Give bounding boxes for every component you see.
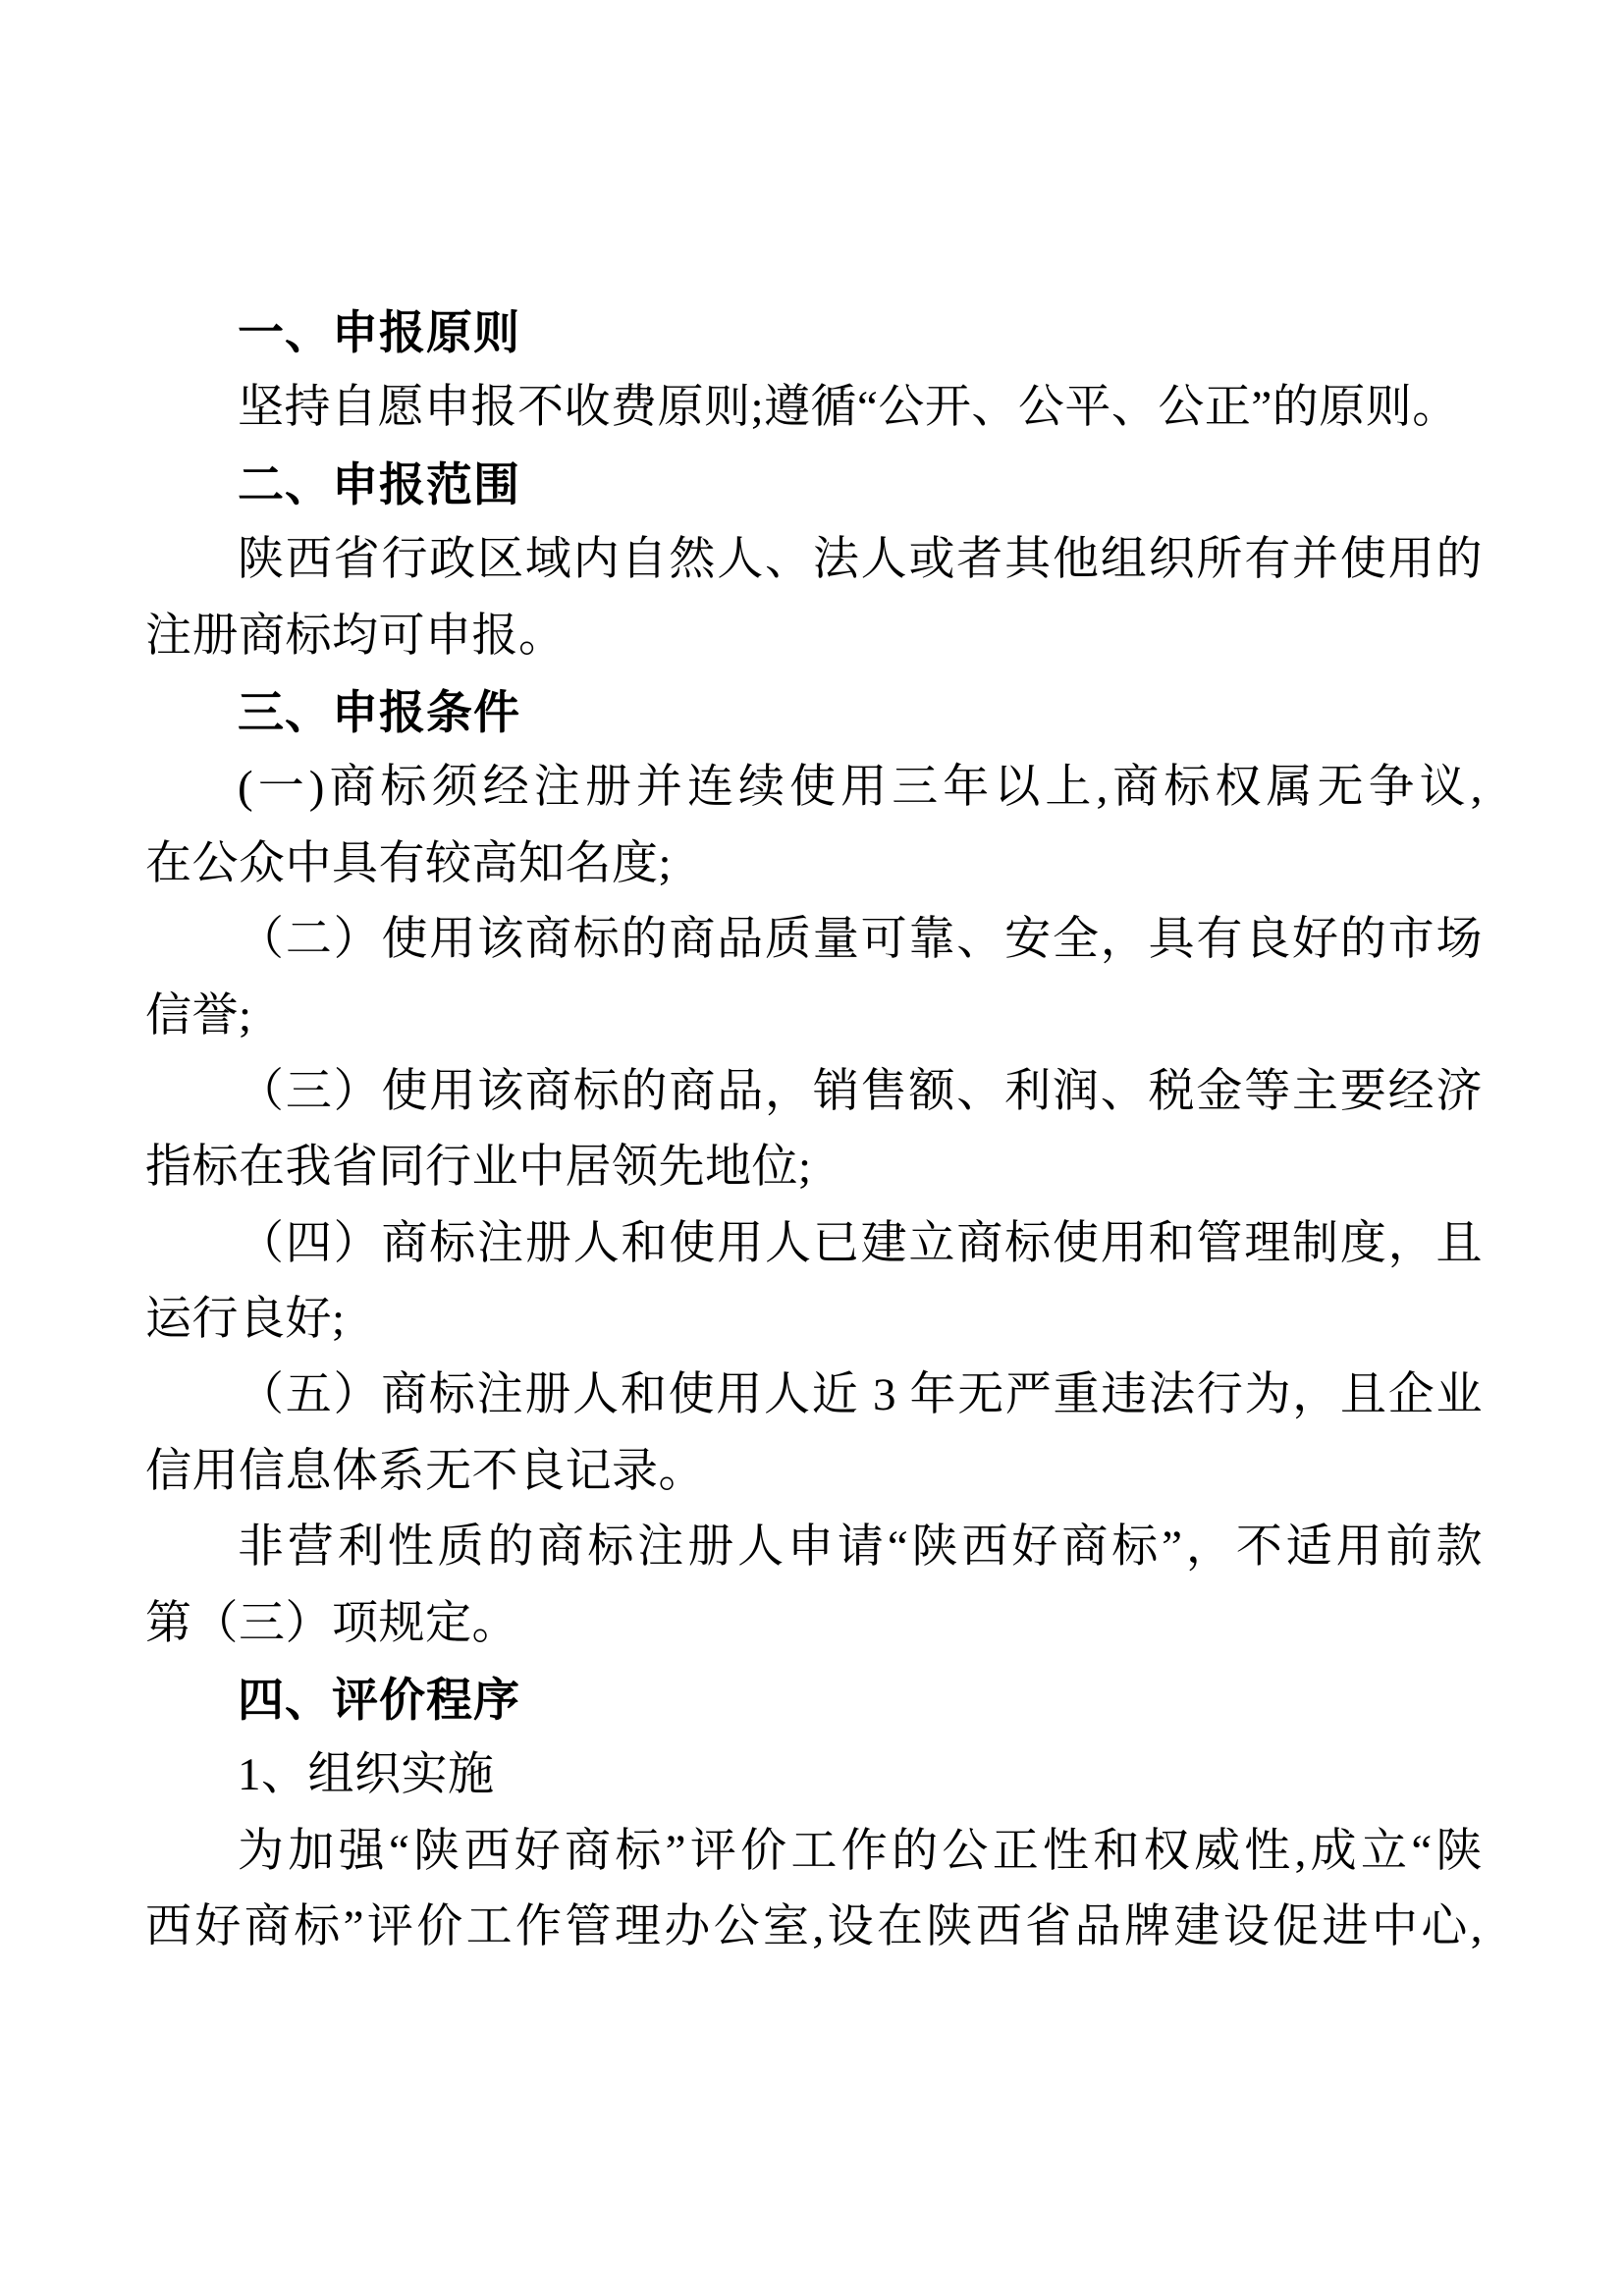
document-line: （五）商标注册人和使用人近 3 年无严重违法行为，且企业 [145,1358,1483,1433]
document-line: 为加强“陕西好商标”评价工作的公正性和权威性,成立“陕 [145,1814,1483,1890]
document-line: 指标在我省同行业中居领先地位; [145,1130,1483,1205]
document-content: 一、申报原则坚持自愿申报不收费原则;遵循“公开、公平、公正”的原则。二、申报范围… [145,294,1483,1966]
document-line: 三、申报条件 [145,674,1483,750]
document-line: 运行良好; [145,1282,1483,1358]
document-line: 四、评价程序 [145,1662,1483,1737]
document-line: (一)商标须经注册并连续使用三年以上,商标权属无争议, [145,750,1483,826]
document-line: 信用信息体系无不良记录。 [145,1434,1483,1510]
document-line: 在公众中具有较高知名度; [145,827,1483,902]
document-line: 信誉; [145,979,1483,1054]
document-page: 一、申报原则坚持自愿申报不收费原则;遵循“公开、公平、公正”的原则。二、申报范围… [0,0,1624,2296]
document-line: 二、申报范围 [145,447,1483,522]
document-line: 陕西省行政区域内自然人、法人或者其他组织所有并使用的 [145,522,1483,598]
document-line: 1、组织实施 [145,1737,1483,1813]
document-line: 第（三）项规定。 [145,1586,1483,1662]
document-line: （二）使用该商标的商品质量可靠、安全，具有良好的市场 [145,902,1483,978]
document-line: 注册商标均可申报。 [145,599,1483,674]
document-line: 坚持自愿申报不收费原则;遵循“公开、公平、公正”的原则。 [145,370,1483,446]
document-line: （三）使用该商标的商品，销售额、利润、税金等主要经济 [145,1054,1483,1130]
document-line: 西好商标”评价工作管理办公室,设在陕西省品牌建设促进中心, [145,1890,1483,1965]
document-line: 非营利性质的商标注册人申请“陕西好商标”，不适用前款 [145,1510,1483,1585]
document-line: （四）商标注册人和使用人已建立商标使用和管理制度，且 [145,1206,1483,1282]
document-line: 一、申报原则 [145,294,1483,370]
